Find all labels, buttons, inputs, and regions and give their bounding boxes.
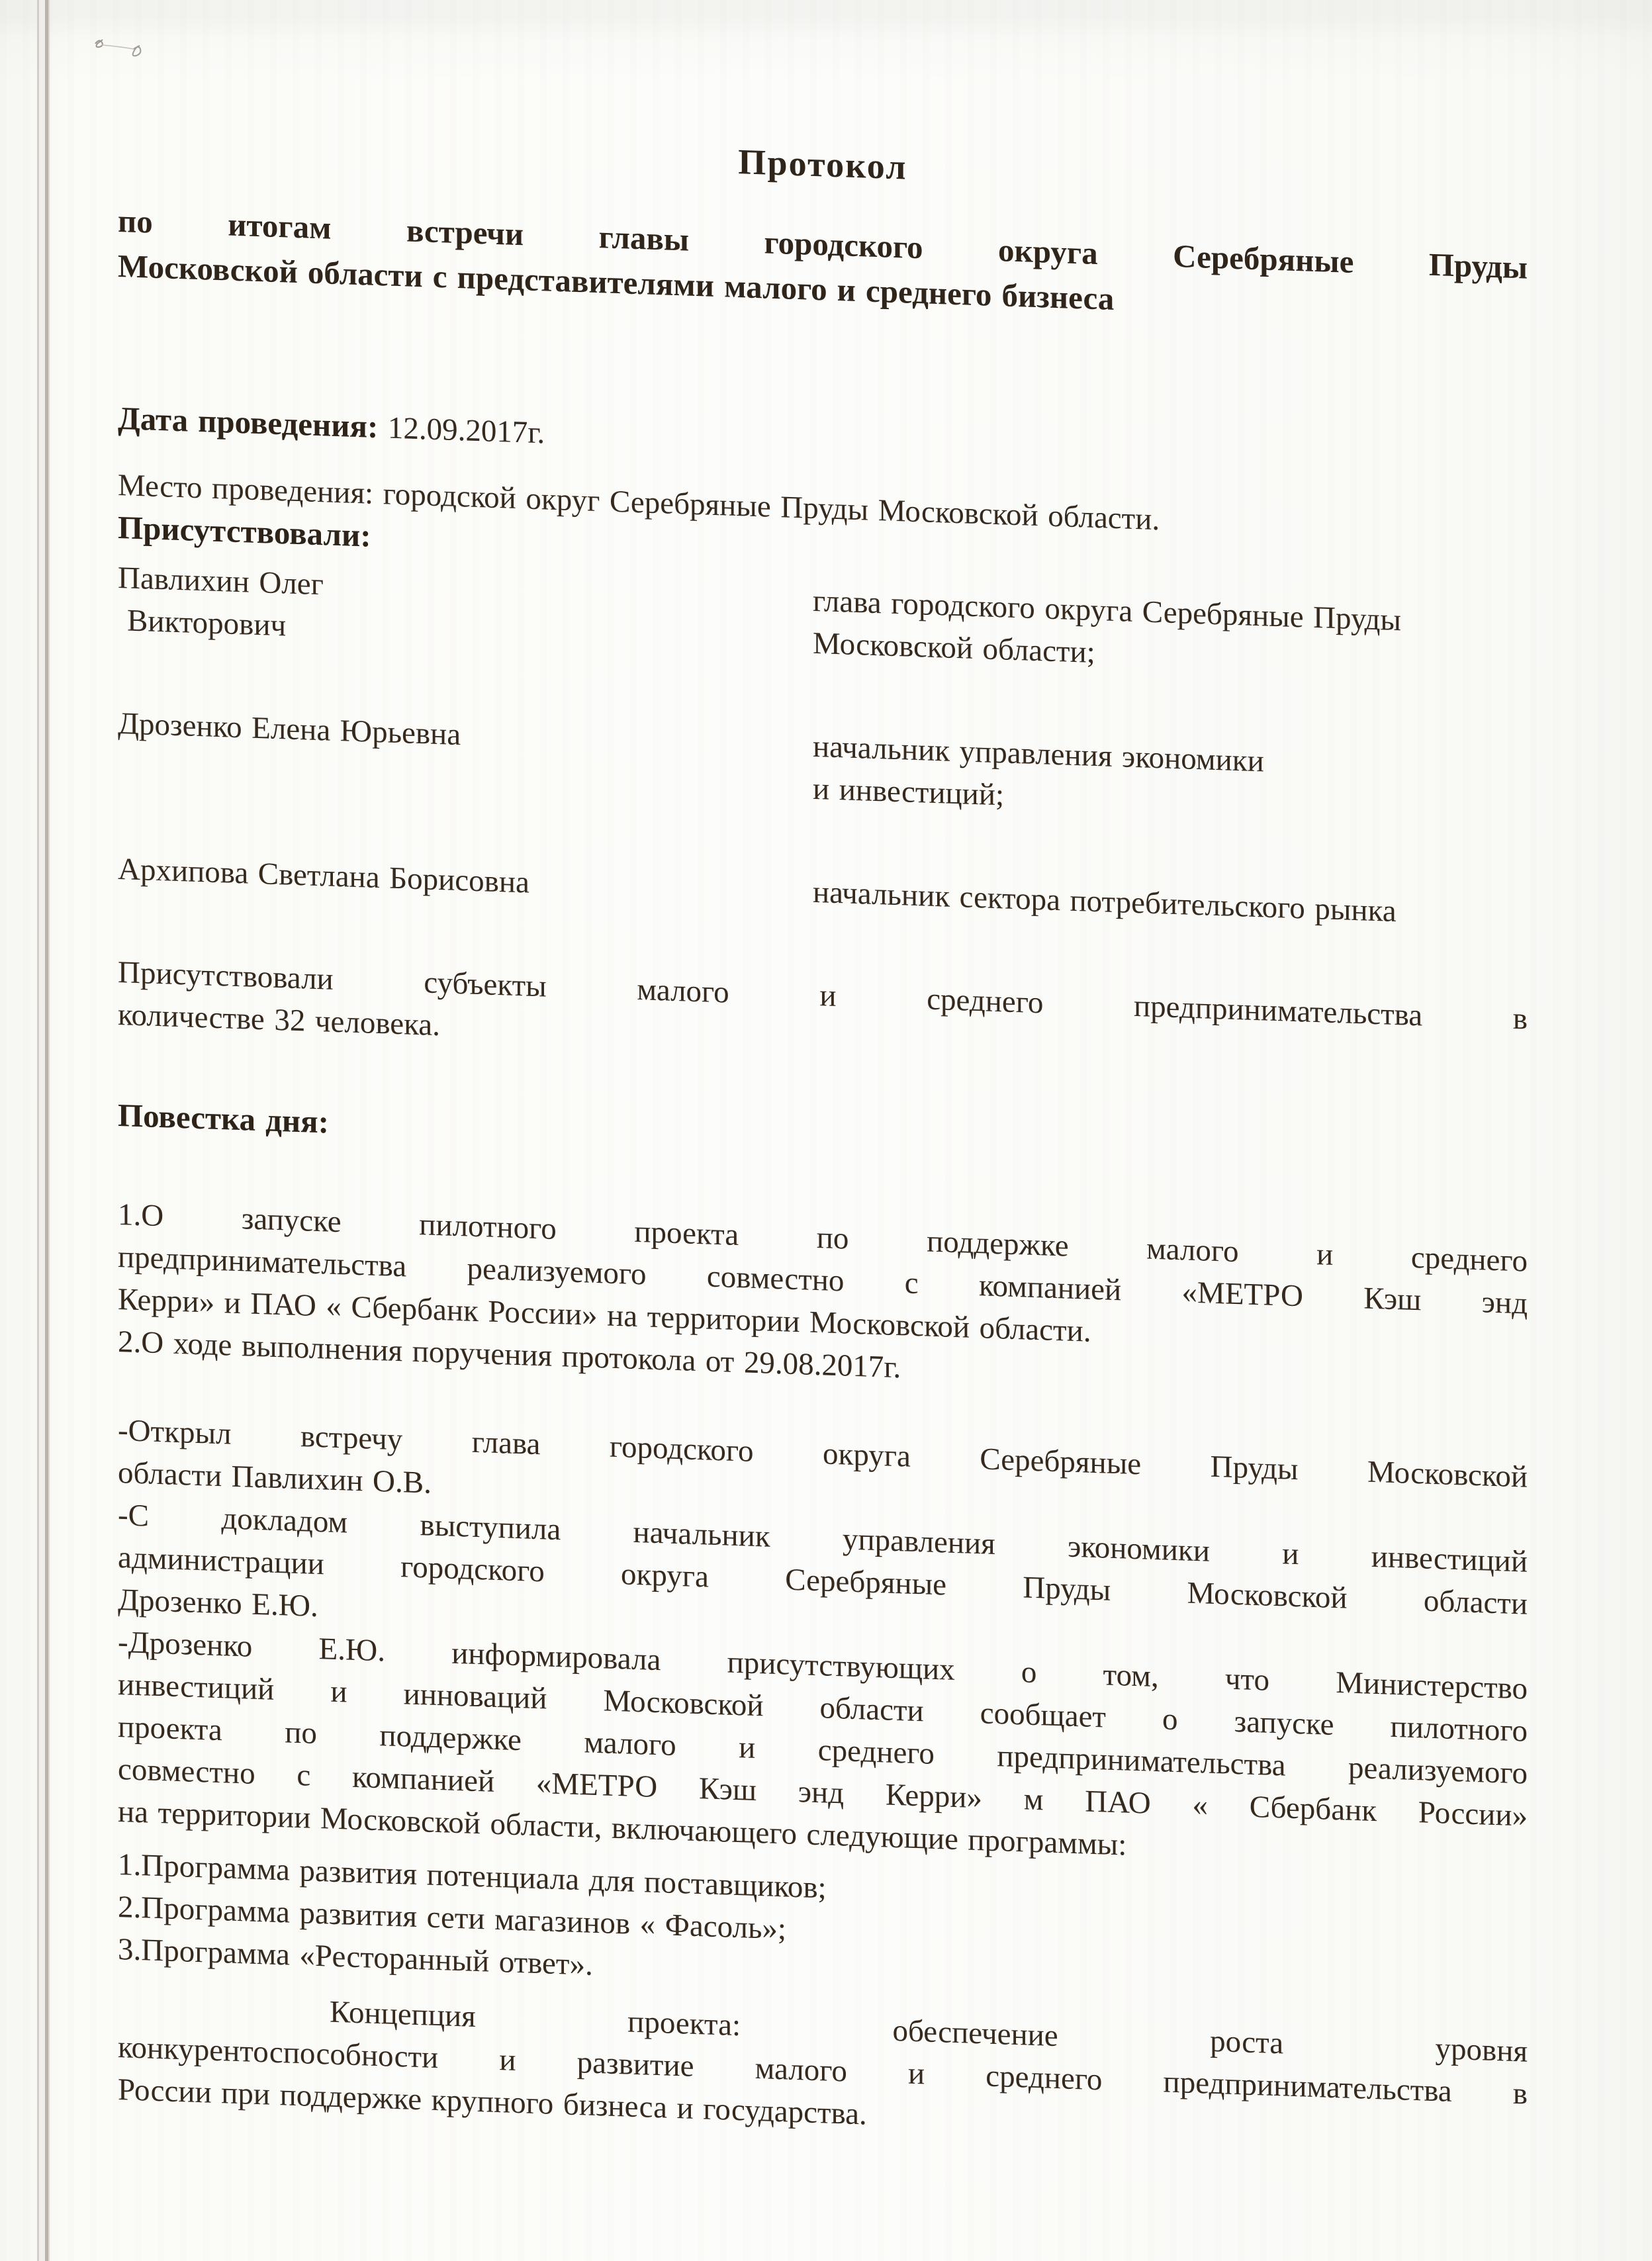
- attendee-name: Архипова Светлана Борисовна: [118, 848, 813, 913]
- attendee-role: начальник управления экономикии инвестиц…: [813, 725, 1528, 834]
- attendee-name: Павлихин ОлегВикторович: [118, 557, 813, 665]
- text-line: Дрозенко Елена Юрьевна: [118, 702, 813, 768]
- document-subtitle: по итогам встречи главы городского округ…: [118, 199, 1528, 336]
- date-value: 12.09.2017г.: [388, 411, 545, 451]
- scan-fold-lines: [34, 0, 54, 2261]
- document-title: Протокол: [118, 118, 1528, 211]
- scribble-mark-icon: [91, 34, 164, 66]
- attendee-row: Дрозенко Елена Юрьевна начальник управле…: [118, 702, 1528, 834]
- date-label: Дата проведения:: [118, 400, 378, 445]
- scanned-document-page: Протокол по итогам встречи главы городск…: [0, 0, 1652, 2261]
- agenda-heading: Повестка дня:: [118, 1094, 1528, 1183]
- attendee-name: Дрозенко Елена Юрьевна: [118, 702, 813, 810]
- text-line: Архипова Светлана Борисовна: [118, 848, 813, 913]
- document-content: Протокол по итогам встречи главы городск…: [118, 99, 1528, 2158]
- attendee-role: глава городского округа Серебряные Пруды…: [813, 580, 1528, 688]
- attendance-note: Присутствовали субъекты малого и среднег…: [118, 951, 1528, 1083]
- attendee-row: Архипова Светлана Борисовна начальник се…: [118, 848, 1528, 937]
- text-line: начальник сектора потребительского рынка: [813, 871, 1528, 937]
- attendee-role: начальник сектора потребительского рынка: [813, 871, 1528, 937]
